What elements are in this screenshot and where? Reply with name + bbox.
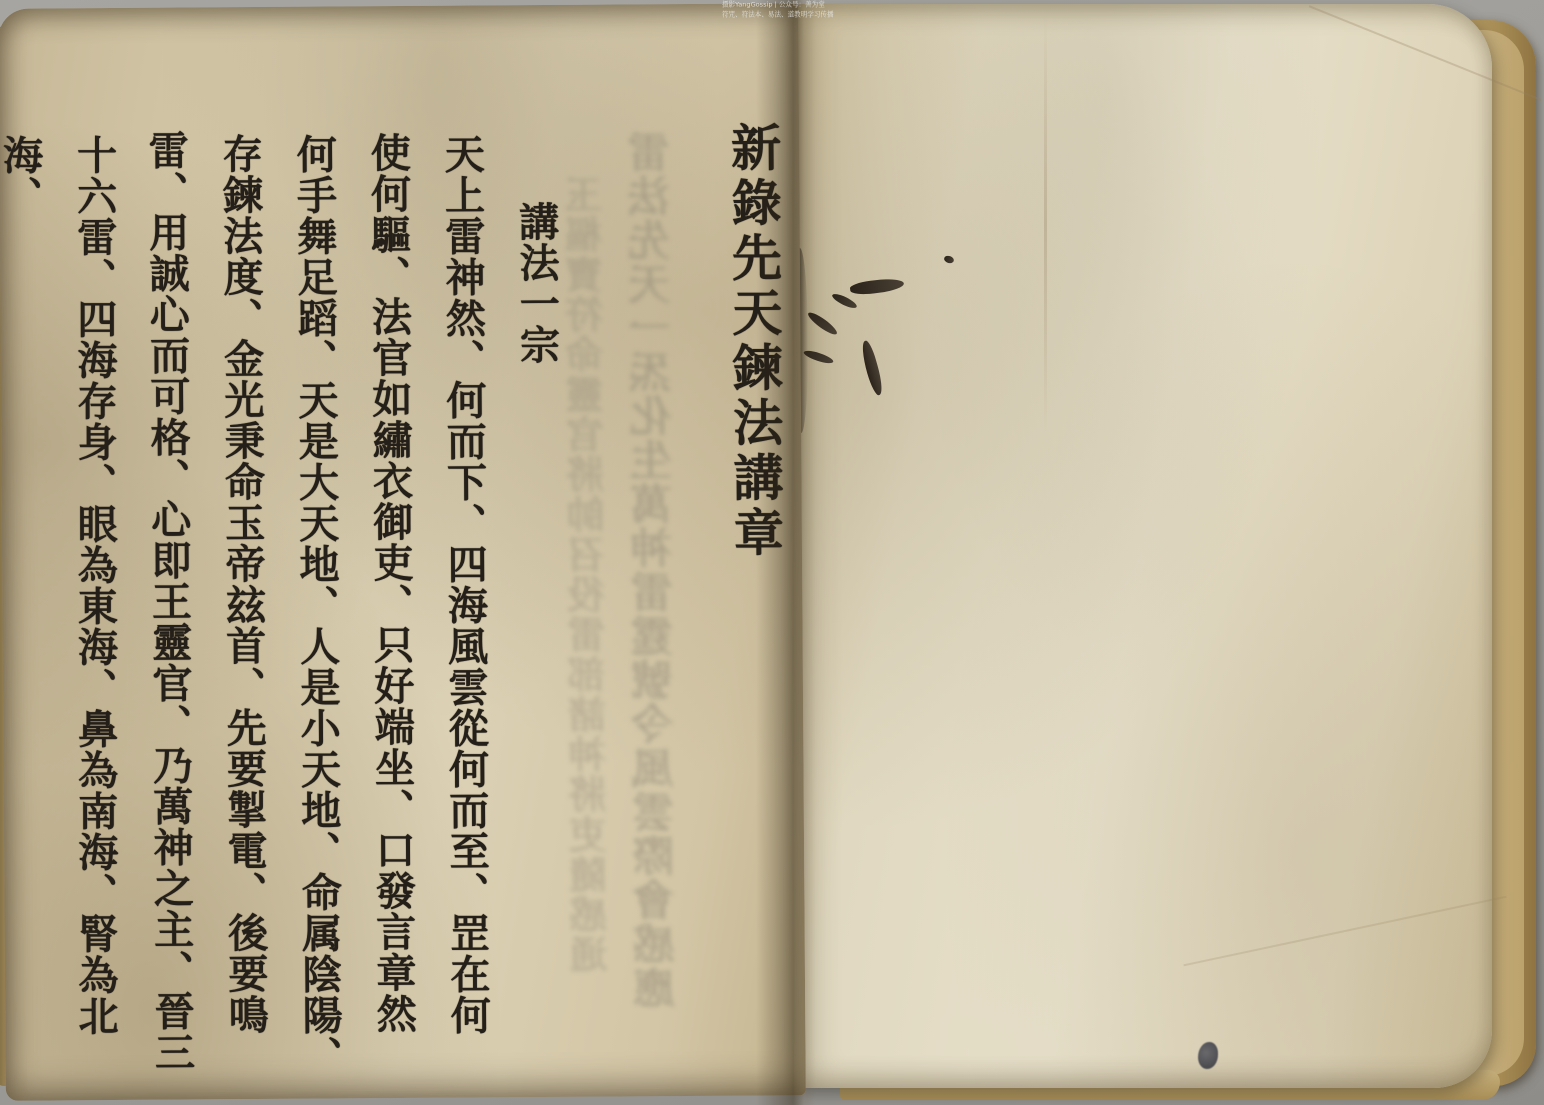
text-column: 使何驅、法官如繡衣御吏、只好端坐、口發言章然 bbox=[350, 118, 431, 1094]
right-page bbox=[792, 4, 1492, 1088]
section-heading-column: 講法一宗 bbox=[498, 117, 579, 1093]
watermark: 摄影YangGossip | 公众号：善为堂 符咒、符法本、易法、道教明学习传播 bbox=[722, 1, 912, 21]
text-column: 雷、用誠心而可格、心即王靈官、乃萬神之主、晉三 bbox=[128, 115, 209, 1091]
paper-crease bbox=[1044, 14, 1047, 434]
left-page: 雷法先天一炁化生萬神雷霆號令風雲際會感應 玉樞寶符命靈官將帥召役雷部諸神將吏隨感… bbox=[0, 3, 806, 1101]
calligraphy-text-block: 新錄先天鍊法講章 講法一宗 天上雷神然、何而下、四海風雲從何而至、罡在何 使何驅… bbox=[15, 115, 792, 1096]
text-column: 天上雷神然、何而下、四海風雲從何而至、罡在何 bbox=[424, 119, 505, 1095]
text-column: 存鍊法度、金光秉命玉帝玆首、先要掣電、後要鳴 bbox=[202, 119, 283, 1095]
watermark-line1: 摄影YangGossip | 公众号：善为堂 bbox=[722, 1, 878, 9]
gutter-shadow bbox=[756, 0, 816, 1105]
watermark-line2: 符咒、符法本、易法、道教明学习传播 bbox=[722, 11, 878, 19]
manuscript-photo: 雷法先天一炁化生萬神雷霆號令風雲際會感應 玉樞寶符命靈官將帥召役雷部諸神將吏隨感… bbox=[0, 0, 1544, 1105]
text-column: 何手舞足蹈、天是大天地、人是小天地、命属陰陽、 bbox=[276, 119, 357, 1095]
text-column: 十六雷、四海存身、眼為東海、鼻為南海、腎為北海、 bbox=[0, 120, 132, 1096]
